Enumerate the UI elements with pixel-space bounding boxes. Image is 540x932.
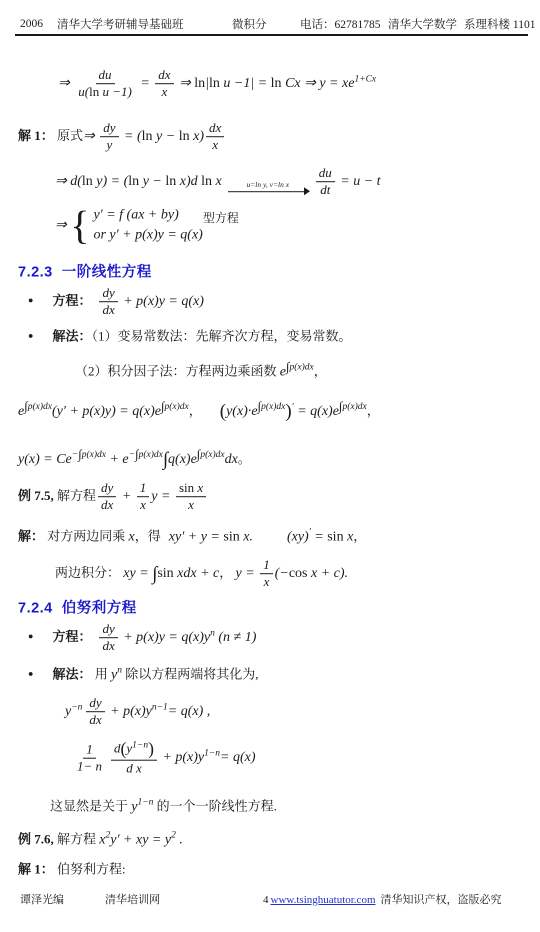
brace-glyph: { — [70, 209, 89, 243]
header-course: 清华大学考研辅导基础班 — [57, 16, 184, 32]
example-7-6-solution1: 解 1： 伯努利方程: — [18, 861, 126, 879]
bullet-icon: ● — [28, 668, 33, 678]
example-7-5-integration: 两边积分： xy = ∫sin xdx + c， y = 1x(−cos x +… — [55, 558, 348, 590]
footer-copyright: 清华知识产权，盗版必究 — [381, 894, 502, 906]
fraction: dydx — [99, 622, 117, 654]
header-room: 系理科楼 1101 — [464, 16, 535, 32]
section-heading-7-2-4: 7.2.4伯努利方程 — [18, 597, 137, 618]
tsinghuatutor-link[interactable]: www.tsinghuatutor.com — [271, 894, 376, 906]
header-dept: 清华大学数学 — [388, 16, 457, 32]
page-number: 4 — [263, 894, 269, 906]
footer-site: 清华培训网 — [105, 891, 160, 907]
fraction: dxx — [155, 68, 173, 100]
bernoulli-linearized-equation: 11− nd(y1−n)d x + p(x)y1−n= q(x) — [72, 740, 256, 777]
bernoulli-equation-definition: ●方程：dydx + p(x)y = q(x)yn (n ≠ 1) — [28, 622, 256, 654]
bullet-icon: ● — [28, 631, 33, 641]
fraction: dydx — [98, 481, 116, 513]
example-7-5-solution: 解： 对方两边同乘 x，得xy′ + y = sin x.(xy)′ = sin… — [18, 528, 366, 546]
substitution-arrow: u=ln y, v=ln x — [228, 181, 308, 192]
bernoulli-method-line: ●解法： 用 yn 除以方程两端将其化为, — [28, 666, 258, 684]
solution-1-line: 解 1： 原式⇒ dyy = (ln y − ln x)dxx — [18, 121, 226, 153]
bernoulli-divided-equation: y−ndydx + p(x)yn−1= q(x) , — [65, 696, 210, 728]
method-variation-of-constants: ●解法：（1）变易常数法：先解齐次方程，变易常数。 — [28, 328, 351, 346]
header-divider — [15, 34, 528, 36]
section-number: 7.2.4 — [18, 601, 53, 617]
fraction: duu(ln u −1) — [75, 68, 135, 100]
method-integrating-factor: （2）积分因子法：方程两边乘函数 e∫p(x)dx， — [75, 363, 327, 381]
fraction: dydx — [99, 286, 117, 318]
bullet-icon: ● — [28, 330, 33, 340]
linear-equation-definition: ●方程：dydx + p(x)y = q(x) — [28, 286, 204, 318]
integrating-factor-identity: e∫p(x)dx(y′ + p(x)y) = q(x)e∫p(x)dx，(y(x… — [18, 400, 380, 424]
fraction: dudt — [316, 166, 335, 198]
fraction: 11− n — [74, 742, 105, 774]
fraction: 1x — [137, 481, 150, 513]
fraction: dydx — [86, 696, 104, 728]
header-year: 2006 — [20, 18, 43, 30]
bullet-icon: ● — [28, 295, 33, 305]
section-heading-7-2-3: 7.2.3一阶线性方程 — [18, 261, 152, 282]
fraction: sin xx — [176, 481, 206, 513]
dln-substitution-line: ⇒ d(ln y) = (ln y − ln x)d ln xu=ln y, v… — [55, 166, 381, 198]
bernoulli-remark: 这显然是关于 y1−n 的一个一阶线性方程. — [50, 798, 277, 816]
document-page: 2006 清华大学考研辅导基础班 微积分 电话：62781785 清华大学数学 … — [0, 0, 540, 932]
example-7-6-statement: 例 7.6, 解方程 x2y′ + xy = y2 . — [18, 831, 183, 849]
fraction: dxx — [206, 121, 224, 153]
formula-implicit-solution: ⇒ duu(ln u −1) = dxx ⇒ ln|ln u −1| = ln … — [58, 68, 376, 100]
fraction: 1x — [260, 558, 273, 590]
header-subject: 微积分 — [232, 16, 267, 32]
fraction: dyy — [100, 121, 118, 153]
example-7-5-statement: 例 7.5, 解方程dydx + 1xy = sin xx — [18, 481, 208, 513]
fraction: d(y1−n)d x — [111, 740, 157, 777]
general-solution-formula: y(x) = Ce−∫p(x)dx + e−∫p(x)dx∫q(x)e∫p(x)… — [18, 448, 251, 472]
header-phone: 电话：62781785 — [300, 16, 381, 32]
footer-editor: 谭泽光编 — [20, 891, 64, 907]
section-title: 伯努利方程 — [62, 601, 137, 617]
equation-type-cases: ⇒ {y′ = f (ax + by)or y′ + p(x)y = q(x)型… — [55, 208, 239, 245]
section-title: 一阶线性方程 — [62, 265, 152, 281]
cases-group: {y′ = f (ax + by)or y′ + p(x)y = q(x) — [70, 208, 203, 245]
section-number: 7.2.3 — [18, 265, 53, 281]
footer-right-group: 4www.tsinghuatutor.com清华知识产权，盗版必究 — [263, 891, 502, 907]
